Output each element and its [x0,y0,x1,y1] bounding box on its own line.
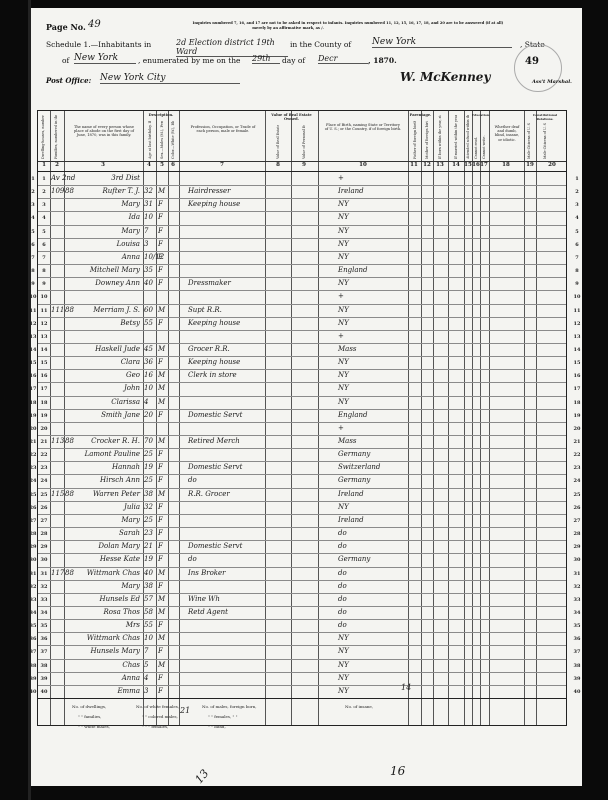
birthplace: NY [338,659,349,672]
row-number-left: 39 [28,676,38,682]
sex: F [158,645,163,658]
table-row: 3636Wittmark Chas10MNY36 [38,632,566,645]
birthplace: + [338,330,344,343]
person-name: Clara [121,356,140,369]
age: 32 [144,185,153,198]
row-number: 17 [39,386,49,392]
family-number: 88 [65,435,74,448]
table-row: 3030Hesse Kate19FdoGermany30 [38,553,566,566]
sex: M [158,435,165,448]
post-office-field: New York City [100,73,240,84]
col-20-header: Male Citizens of U. S. of 21 years and u… [543,123,547,159]
row-number-left: 36 [28,636,38,642]
birthplace: + [338,422,344,435]
dwelling-number: 115 [51,488,64,501]
row-number-left: 22 [28,452,38,458]
row-number-left: 1 [28,176,38,182]
age: 38 [144,580,153,593]
table-row: 3535Mrs55Fdo35 [38,619,566,632]
person-name: Anna [122,672,140,685]
age: 19 [144,461,153,474]
table-row: 33Mary31FKeeping houseNY3 [38,198,566,211]
row-number-right: 8 [572,268,582,274]
row-number-left: 32 [28,584,38,590]
row-number-right: 35 [572,623,582,629]
col-18-header: Whether deaf and dumb, blind, insane, or… [493,125,521,142]
col-11-header: Father of foreign birth. [413,121,417,159]
birthplace: do [338,606,347,619]
person-name: Mary [121,514,140,527]
person-name: Wittmark Chas [87,632,140,645]
age: 70 [144,435,153,448]
sex: F [158,461,163,474]
person-name: Sarah [119,527,140,540]
birthplace: NY [338,277,349,290]
row-number-left: 29 [28,544,38,550]
table-row: 44Ida10FNY4 [38,211,566,224]
table-row: 2424Hirsch Ann25FdoGermany24 [38,474,566,487]
footer-foreign-females: " " females, " " [208,714,237,719]
birthplace: NY [338,304,349,317]
row-number-left: 8 [28,268,38,274]
row-number-right: 39 [572,676,582,682]
marshal-signature: W. McKenney [400,70,490,84]
table-row: 88Mitchell Mary35FEngland8 [38,264,566,277]
table-row: 4040Emma3FNY40 [38,685,566,698]
row-number-right: 3 [572,202,582,208]
occupation: Keeping house [188,198,240,211]
birthplace: do [338,540,347,553]
row-number-right: 22 [572,452,582,458]
person-name: Lamont Pauline [85,448,140,461]
sex: F [158,211,163,224]
birthplace: Germany [338,553,370,566]
age: 40 [144,567,153,580]
birthplace: NY [338,382,349,395]
person-name: 3rd Dist [111,172,140,185]
row-number-left: 13 [28,334,38,340]
row-number: 12 [39,321,49,327]
col-13-header: If born within the year, state month (Ja… [438,115,442,159]
birthplace: NY [338,672,349,685]
row-number-right: 4 [572,215,582,221]
table-row: 77Anna10/12FNY7 [38,251,566,264]
col-17-header: Cannot write. [482,123,486,159]
age: 25 [144,514,153,527]
age: 40 [144,277,153,290]
table-row: 2626Julia32FNY26 [38,501,566,514]
birthplace: England [338,409,368,422]
scan-left-margin [0,0,30,800]
birthplace: NY [338,685,349,698]
col-1-header: Dwelling-houses, numbered in the order o… [41,115,45,159]
sex: F [158,553,163,566]
birthplace: NY [338,198,349,211]
age: 10 [144,211,153,224]
birthplace: Mass [338,435,357,448]
occupation: Ins Broker [188,567,226,580]
parentage-group-header: Parentage. [408,113,433,117]
footer-colored-males: " " colored males, [142,714,178,719]
row-number: 4 [39,215,49,221]
sex: M [158,343,165,356]
table-row: 2828Sarah23Fdo28 [38,527,566,540]
row-number-left: 10 [28,294,38,300]
row-number: 6 [39,242,49,248]
row-number-right: 1 [572,176,582,182]
age: 16 [144,369,153,382]
row-number-left: 33 [28,597,38,603]
row-number-right: 12 [572,321,582,327]
table-row: 1515Clara36FKeeping houseNY15 [38,356,566,369]
birthplace: NY [338,211,349,224]
row-number: 15 [39,360,49,366]
person-name: Downey Ann [95,277,140,290]
sex: F [158,514,163,527]
occupation: Domestic Servt [188,540,242,553]
person-name: Smith Jane [101,409,140,422]
sex: F [158,264,163,277]
row-number-right: 28 [572,531,582,537]
age: 45 [144,343,153,356]
row-number-left: 12 [28,321,38,327]
age: 55 [144,317,153,330]
row-number-right: 14 [572,347,582,353]
margin-note-right: 16 [390,764,405,778]
person-name: Hannah [112,461,140,474]
person-name: John [124,382,140,395]
table-row: 2727Mary25FIreland27 [38,514,566,527]
table-row: 3333Hunsels Ed57MWine Whdo33 [38,593,566,606]
row-number-right: 27 [572,518,582,524]
row-number-right: 23 [572,465,582,471]
footer-families: " " families, [78,714,101,719]
birthplace: NY [338,317,349,330]
row-number-right: 18 [572,400,582,406]
birthplace: do [338,619,347,632]
table-row: 1010+10 [38,290,566,303]
row-number-left: 21 [28,439,38,445]
occupation: Clerk in store [188,369,237,382]
row-number-left: 5 [28,229,38,235]
sex: F [158,317,163,330]
row-number-left: 37 [28,649,38,655]
table-row: 66Louisa3FNY6 [38,238,566,251]
tally-mark: 14 [401,683,411,692]
row-number-left: 25 [28,492,38,498]
row-number-left: 38 [28,663,38,669]
age: 10 [144,382,153,395]
occupation: Retired Merch [188,435,240,448]
row-number-right: 9 [572,281,582,287]
stamp-number: 49 [525,56,539,67]
row-number: 29 [39,544,49,550]
state-field: New York [74,53,136,64]
row-number: 1 [39,176,49,182]
row-number: 28 [39,531,49,537]
row-number-left: 18 [28,400,38,406]
sex: M [158,606,165,619]
sex: M [158,382,165,395]
age: 25 [144,474,153,487]
row-number: 9 [39,281,49,287]
instructions-line-2: merely by an affirmative mark, as /. [128,26,448,30]
birthplace: NY [338,632,349,645]
birthplace: + [338,290,344,303]
birthplace: NY [338,251,349,264]
table-row: 2210988Rufter T. J.32MHairdresserIreland… [38,185,566,198]
sex: M [158,304,165,317]
column-number: 11 [408,162,420,168]
sex: M [158,396,165,409]
table-row: 1717John10MNY17 [38,382,566,395]
row-number: 14 [39,347,49,353]
age: 19 [144,553,153,566]
sex: F [158,527,163,540]
row-number-left: 31 [28,571,38,577]
age: 4 [144,396,148,409]
row-number-right: 20 [572,426,582,432]
birthplace: NY [338,645,349,658]
row-number: 34 [39,610,49,616]
description-group-header: Description. [143,113,179,117]
col-10-header: Place of Birth, naming State or Territor… [324,123,402,131]
occupation: Wine Wh [188,593,220,606]
table-row: 3434Rosa Thos58MRetd Agentdo34 [38,606,566,619]
age: 10 [144,632,153,645]
row-number-left: 15 [28,360,38,366]
dwelling-number: Av 2nd [51,172,75,185]
row-number: 8 [39,268,49,274]
age: 23 [144,527,153,540]
sex: F [158,198,163,211]
row-number: 35 [39,623,49,629]
col-7-header: Profession, Occupation, or Trade of each… [188,125,258,133]
family-number: 88 [65,567,74,580]
person-name: Dolan Mary [98,540,140,553]
birthplace: NY [338,238,349,251]
family-number: 88 [65,185,74,198]
post-office-label: Post Office: [46,76,91,85]
person-name: Louisa [117,238,140,251]
row-number-left: 16 [28,373,38,379]
row-number-right: 19 [572,413,582,419]
row-number: 2 [39,189,49,195]
row-number-right: 5 [572,229,582,235]
table-row: 1818Clarissa4MNY18 [38,396,566,409]
row-number-right: 17 [572,386,582,392]
occupation: Retd Agent [188,606,228,619]
row-number: 20 [39,426,49,432]
person-name: Rufter T. J. [103,185,140,198]
person-name: Anna [122,251,140,264]
age: 21 [144,540,153,553]
birthplace: Germany [338,448,370,461]
row-number-left: 9 [28,281,38,287]
person-name: Emma [117,685,140,698]
table-row: 3838Chas5MNY38 [38,659,566,672]
footer-white-females: No. of white females, [136,704,179,709]
sex: M [158,659,165,672]
column-number: 19 [524,162,536,168]
row-number: 13 [39,334,49,340]
row-number-left: 24 [28,478,38,484]
row-number: 5 [39,229,49,235]
person-name: Clarissa [111,396,140,409]
row-number-left: 3 [28,202,38,208]
occupation: Domestic Servt [188,461,242,474]
occupation: Hairdresser [188,185,231,198]
person-name: Hirsch Ann [100,474,140,487]
sex: M [158,185,165,198]
age: 32 [144,501,153,514]
of-label: of [62,56,69,65]
col-6-header: Color.—White (W.), Black (B.), Mulatto (… [171,121,175,159]
column-number: 13 [434,162,446,168]
row-number-left: 2 [28,189,38,195]
footer-blind: " " blind, [208,724,226,729]
sex: M [158,369,165,382]
row-number-right: 13 [572,334,582,340]
instructions-line-1: Inquiries numbered 7, 16, and 17 are not… [128,21,568,25]
sex: F [158,356,163,369]
column-number: 18 [500,162,512,168]
table-row: 212111388Crocker R. H.70MRetired MerchMa… [38,435,566,448]
table-row: 2929Dolan Mary21FDomestic Servtdo29 [38,540,566,553]
row-number-left: 19 [28,413,38,419]
sex: F [158,474,163,487]
person-name: Warren Peter [93,488,140,501]
day-of-label: day of [282,56,305,65]
birthplace: Ireland [338,514,364,527]
column-number: 10 [357,162,369,168]
row-number-right: 2 [572,189,582,195]
table-row: 2222Lamont Pauline25FGermany22 [38,448,566,461]
sex: F [158,448,163,461]
row-number-left: 14 [28,347,38,353]
col-14-header: If married within the year, state month … [454,115,458,159]
column-number: 12 [421,162,433,168]
person-name: Ida [129,211,140,224]
sex: F [158,540,163,553]
column-number: 9 [298,162,310,168]
sex: M [158,632,165,645]
sex: F [158,619,163,632]
table-row: 2323Hannah19FDomestic ServtSwitzerland23 [38,461,566,474]
row-number-left: 34 [28,610,38,616]
row-number-left: 20 [28,426,38,432]
row-number-left: 30 [28,557,38,563]
person-name: Hesse Kate [100,553,140,566]
age: 3 [144,685,148,698]
day-field: 29th [252,54,280,64]
footer-foreign-males: No. of males, foreign born, [202,704,257,709]
row-number: 23 [39,465,49,471]
row-number: 36 [39,636,49,642]
row-number-right: 40 [572,689,582,695]
row-number-right: 30 [572,557,582,563]
col-19-header: Male Citizens of U. S. of 21 years of ag… [527,123,531,159]
row-number-right: 25 [572,492,582,498]
col-5-header: Sex.—Males (M.), Females (F.) [160,121,164,159]
row-number: 11 [39,308,49,314]
row-number: 7 [39,255,49,261]
person-name: Mrs [126,619,140,632]
birthplace: + [338,172,344,185]
footer-white-males: " " white males, [78,724,110,729]
footer-females: " " " females, [142,724,168,729]
dwelling-number: 109 [51,185,64,198]
sex: F [158,580,163,593]
row-number-left: 23 [28,465,38,471]
column-number: 4 [143,162,155,168]
birthplace: NY [338,369,349,382]
row-number-left: 11 [28,308,38,314]
person-name: Mitchell Mary [90,264,140,277]
table-row: 3232Mary38Fdo32 [38,580,566,593]
row-number-left: 6 [28,242,38,248]
col-2-header: Families, numbered in the order of visit… [54,115,58,159]
col-9-header: Value of Personal Estate. [302,125,306,159]
sex: M [158,488,165,501]
person-name: Hunsels Ed [99,593,140,606]
sex: M [158,593,165,606]
sex: F [158,409,163,422]
row-number: 19 [39,413,49,419]
sex: F [158,685,163,698]
occupation: do [188,474,197,487]
table-row: 1414Haskell Jude45MGrocer R.R.Mass14 [38,343,566,356]
row-number-right: 38 [572,663,582,669]
occupation: Domestic Servt [188,409,242,422]
person-name: Crocker R. H. [91,435,140,448]
row-number-left: 17 [28,386,38,392]
sex: F [158,238,163,251]
age: 25 [144,448,153,461]
page-label: Page No. [46,22,86,32]
table-row: 3939Anna4FNY39 [38,672,566,685]
occupation: Keeping house [188,356,240,369]
person-name: Geo [126,369,140,382]
family-number: 88 [65,488,74,501]
table-row: 1616Geo16MClerk in storeNY16 [38,369,566,382]
age: 60 [144,304,153,317]
row-number-right: 29 [572,544,582,550]
age: 7 [144,645,148,658]
row-number-left: 28 [28,531,38,537]
age: 31 [144,198,153,211]
row-number: 10 [39,294,49,300]
age: 36 [144,356,153,369]
footer-insane: No. of insane, [345,704,373,709]
row-number-right: 31 [572,571,582,577]
table-row: 1212Betsy55FKeeping houseNY12 [38,317,566,330]
col-8-header: Value of Real Estate. [276,125,280,159]
page-number: 49 [88,19,101,30]
birthplace: England [338,264,368,277]
row-number-right: 24 [572,478,582,484]
age: 5 [144,659,148,672]
occupation: R.R. Grocer [188,488,230,501]
real-estate-group-header: Value of Real Estate Owned. [265,113,318,121]
table-row: 11Av 2nd3rd Dist+1 [38,172,566,185]
row-number: 18 [39,400,49,406]
row-number: 39 [39,676,49,682]
row-number: 25 [39,492,49,498]
row-number-right: 21 [572,439,582,445]
birthplace: do [338,580,347,593]
county-label: in the County of [290,40,351,49]
